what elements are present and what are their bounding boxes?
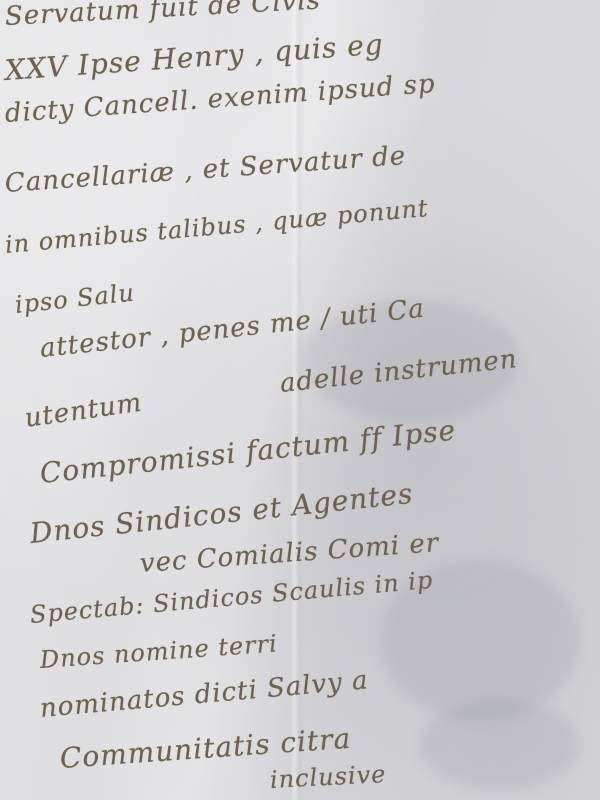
manuscript-line: in omnibus talibus , quæ ponunt [4, 194, 430, 259]
manuscript-line: Servatum fuit de Civis [4, 0, 321, 32]
manuscript-line: ipso Salu [14, 278, 137, 318]
manuscript-line: utentum [23, 388, 144, 434]
manuscript-line: Dnos nomine terri [39, 629, 279, 674]
manuscript-line: nominatos dicti Salvy a [39, 665, 370, 724]
ink-smudge [420, 700, 580, 790]
manuscript-line: Spectab: Sindicos Scaulis in ip [29, 566, 435, 629]
manuscript-line: inclusive [269, 760, 387, 794]
manuscript-line: Cancellariæ , et Servatur de [4, 141, 407, 199]
manuscript-page: Servatum fuit de CivisXXV Ipse Henry , q… [0, 0, 600, 800]
